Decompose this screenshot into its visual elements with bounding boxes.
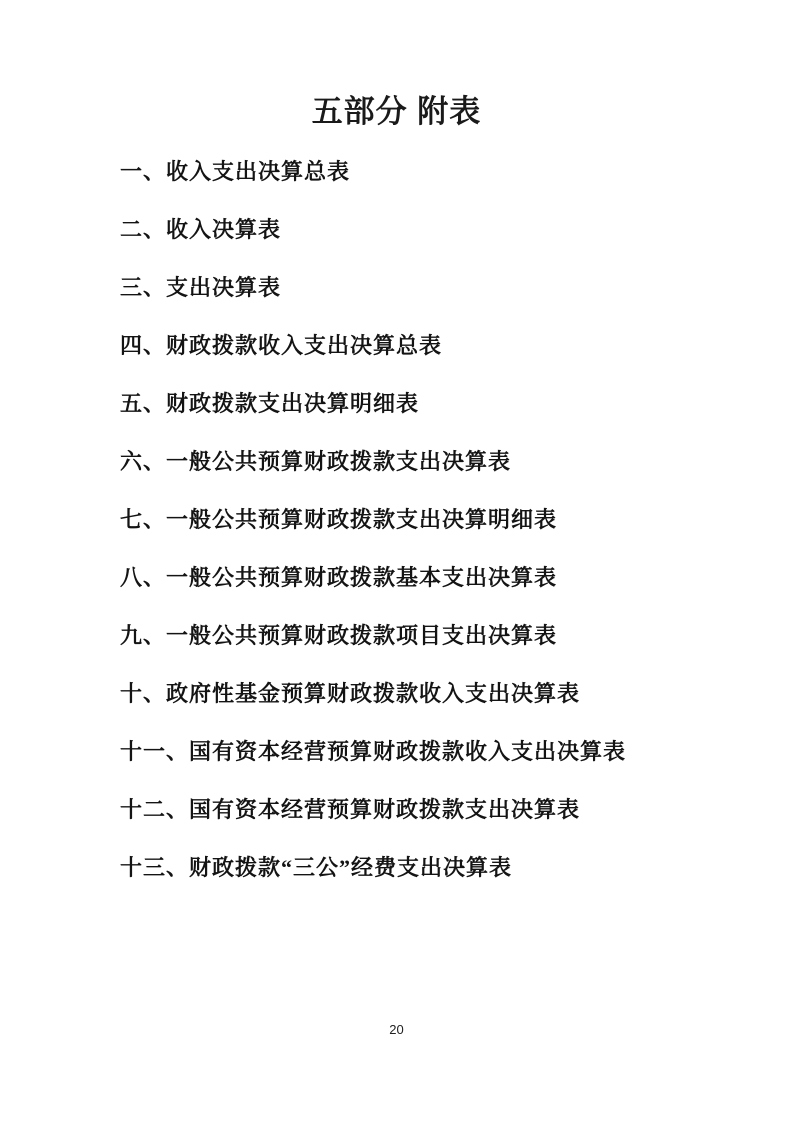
appendix-item-10: 十、政府性基金预算财政拨款收入支出决算表 [120, 683, 743, 705]
appendix-item-5: 五、财政拨款支出决算明细表 [120, 393, 743, 415]
appendix-item-8: 八、一般公共预算财政拨款基本支出决算表 [120, 567, 743, 589]
appendix-item-9: 九、一般公共预算财政拨款项目支出决算表 [120, 625, 743, 647]
page-number: 20 [0, 1022, 793, 1038]
appendix-item-11: 十一、国有资本经营预算财政拨款收入支出决算表 [120, 741, 743, 763]
appendix-item-7: 七、一般公共预算财政拨款支出决算明细表 [120, 509, 743, 531]
appendix-item-3: 三、支出决算表 [120, 277, 743, 299]
appendix-item-6: 六、一般公共预算财政拨款支出决算表 [120, 451, 743, 473]
appendix-list: 一、收入支出决算总表 二、收入决算表 三、支出决算表 四、财政拨款收入支出决算总… [120, 161, 743, 915]
appendix-item-2: 二、收入决算表 [120, 219, 743, 241]
appendix-item-1: 一、收入支出决算总表 [120, 161, 743, 183]
appendix-item-4: 四、财政拨款收入支出决算总表 [120, 335, 743, 357]
page-title: 五部分 附表 [0, 94, 793, 130]
appendix-item-12: 十二、国有资本经营预算财政拨款支出决算表 [120, 799, 743, 821]
document-page: 五部分 附表 一、收入支出决算总表 二、收入决算表 三、支出决算表 四、财政拨款… [0, 0, 793, 1122]
appendix-item-13: 十三、财政拨款“三公”经费支出决算表 [120, 857, 743, 879]
